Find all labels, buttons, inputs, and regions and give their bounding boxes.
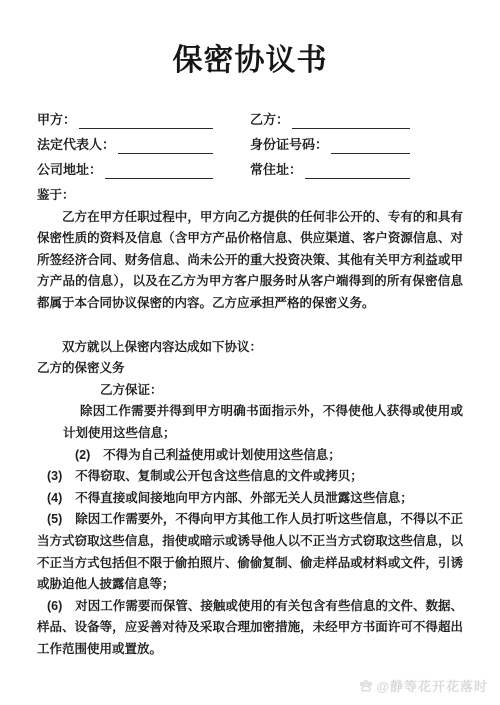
clause-item-1: 除因工作需要并得到甲方明确书面指示外，不得使他人获得或使用或计划使用这些信息； bbox=[63, 401, 463, 444]
watermark-text: @静等花开花落时 bbox=[376, 676, 488, 695]
party-a-blank-line bbox=[79, 113, 213, 129]
clause-text: 不得为自己利益使用或计划使用这些信息； bbox=[103, 448, 341, 462]
clause-number: (4) bbox=[47, 491, 62, 505]
clause-item-2: (2)不得为自己利益使用或计划使用这些信息； bbox=[37, 445, 463, 467]
field-row-party: 甲方： 乙方： bbox=[37, 107, 463, 132]
document-title: 保密协议书 bbox=[37, 45, 463, 77]
clause-number: (6) bbox=[47, 599, 62, 613]
section-heading: 乙方的保密义务 bbox=[37, 358, 463, 380]
clause-text: 除因工作需要并得到甲方明确书面指示外，不得使他人获得或使用或计划使用这些信息； bbox=[63, 404, 463, 440]
clause-number: (3) bbox=[47, 469, 62, 483]
residence-address-blank-line bbox=[305, 163, 410, 179]
party-a-label: 甲方： bbox=[37, 111, 76, 129]
guarantee-label: 乙方保证： bbox=[37, 380, 463, 402]
clause-number: (2) bbox=[75, 448, 90, 462]
clause-text: 不得直接或间接地向甲方内部、外部无关人员泄露这些信息； bbox=[75, 491, 413, 505]
clause-number: (5) bbox=[47, 512, 62, 526]
legal-representative-label: 法定代表人： bbox=[37, 136, 115, 154]
field-row-representative: 法定代表人： 身份证号码： bbox=[37, 132, 463, 157]
party-b-label: 乙方： bbox=[250, 111, 289, 129]
preamble-paragraph: 乙方在甲方任职过程中，甲方向乙方提供的任何非公开的、专有的和具有保密性质的资料及… bbox=[37, 207, 463, 315]
legal-representative-blank-line bbox=[118, 138, 213, 154]
whereas-label: 鉴于： bbox=[37, 185, 463, 207]
company-address-blank-line bbox=[105, 163, 213, 179]
paw-icon bbox=[358, 678, 374, 694]
document-body: 鉴于： 乙方在甲方任职过程中，甲方向乙方提供的任何非公开的、专有的和具有保密性质… bbox=[37, 185, 463, 660]
clause-item-5: (5)除因工作需要外，不得向甲方其他工作人员打听这些信息，不得以不正当方式窃取这… bbox=[37, 509, 463, 595]
agreement-intro: 双方就以上保密内容达成如下协议： bbox=[37, 337, 463, 359]
clause-text: 不得窃取、复制或公开包含这些信息的文件或拷贝； bbox=[75, 469, 363, 483]
residence-address-label: 常住址： bbox=[250, 161, 302, 179]
clause-text: 对因工作需要而保管、接触或使用的有关包含有些信息的文件、数据、样品、设备等，应妥… bbox=[37, 599, 463, 656]
id-number-blank-line bbox=[331, 138, 410, 154]
clause-item-3: (3)不得窃取、复制或公开包含这些信息的文件或拷贝； bbox=[37, 466, 463, 488]
field-row-address: 公司地址： 常住址： bbox=[37, 157, 463, 182]
confidentiality-agreement-document: 保密协议书 甲方： 乙方： 法定代表人： 身份证号码： bbox=[0, 0, 500, 705]
party-b-blank-line bbox=[292, 113, 410, 129]
company-address-label: 公司地址： bbox=[37, 161, 102, 179]
clause-item-6: (6)对因工作需要而保管、接触或使用的有关包含有些信息的文件、数据、样品、设备等… bbox=[37, 596, 463, 661]
clause-item-4: (4)不得直接或间接地向甲方内部、外部无关人员泄露这些信息； bbox=[37, 488, 463, 510]
watermark: @静等花开花落时 bbox=[358, 676, 488, 695]
id-number-label: 身份证号码： bbox=[250, 136, 328, 154]
party-fields: 甲方： 乙方： 法定代表人： 身份证号码： 公司地址： bbox=[37, 107, 463, 182]
clause-text: 除因工作需要外，不得向甲方其他工作人员打听这些信息，不得以不正当方式窃取这些信息… bbox=[37, 512, 463, 591]
